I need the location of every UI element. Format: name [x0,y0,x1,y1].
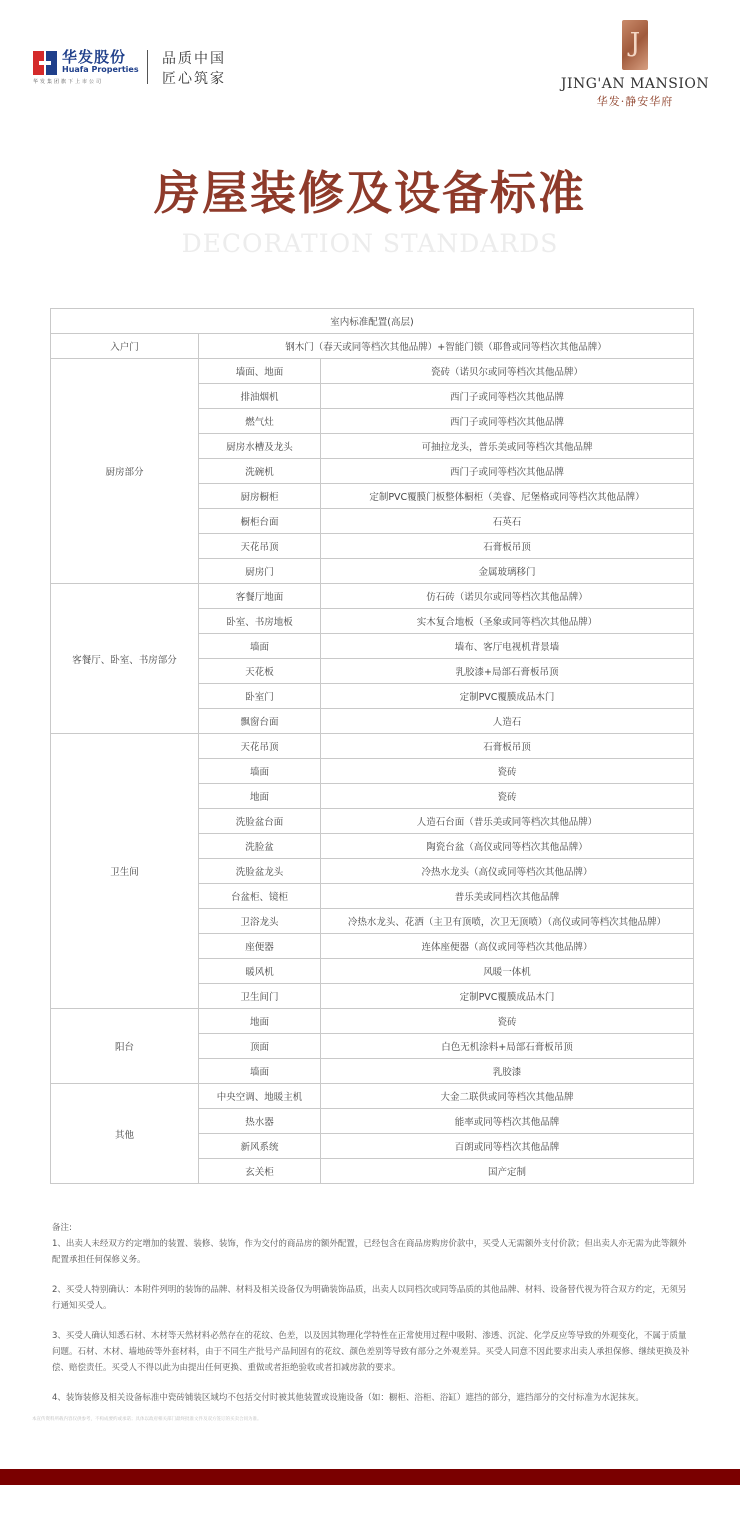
project-name-en: JING'AN MANSION [555,76,715,92]
spec-cell: 石膏板吊顶 [321,534,694,559]
item-cell: 飘窗台面 [199,709,321,734]
spec-cell: 定制PVC覆膜门板整体橱柜（美睿、尼堡格或同等档次其他品牌） [321,484,694,509]
decoration-standards-table: 室内标准配置(高层) 入户门 钢木门（春天或同等档次其他品牌）+智能门锁（耶鲁或… [50,308,694,1184]
item-cell: 新风系统 [199,1134,321,1159]
page-title: 房屋装修及设备标准 [0,163,740,223]
table-caption: 室内标准配置(高层) [51,309,694,334]
spec-cell: 定制PVC覆膜成品木门 [321,684,694,709]
category-cell: 客餐厅、卧室、书房部分 [51,584,199,734]
spec-cell: 钢木门（春天或同等档次其他品牌）+智能门锁（耶鲁或同等档次其他品牌） [199,334,694,359]
spec-cell: 西门子或同等档次其他品牌 [321,459,694,484]
item-cell: 卧室门 [199,684,321,709]
item-cell: 墙面 [199,1059,321,1084]
spec-cell: 风暖一体机 [321,959,694,984]
item-cell: 墙面 [199,759,321,784]
table-row-entry-door: 入户门 钢木门（春天或同等档次其他品牌）+智能门锁（耶鲁或同等档次其他品牌） [51,334,694,359]
item-cell: 天花吊顶 [199,534,321,559]
table-row: 其他中央空调、地暖主机大金二联供或同等档次其他品牌 [51,1084,694,1109]
spec-cell: 石英石 [321,509,694,534]
huafa-name-cn: 华发股份 [62,49,139,65]
item-cell: 墙面、地面 [199,359,321,384]
item-cell: 中央空调、地暖主机 [199,1084,321,1109]
spec-cell: 石膏板吊顶 [321,734,694,759]
spec-cell: 人造石 [321,709,694,734]
spec-cell: 冷热水龙头（高仪或同等档次其他品牌） [321,859,694,884]
category-cell: 其他 [51,1084,199,1184]
note-item: 2、买受人特别确认：本附件列明的装饰的品牌、材料及相关设备仅为明确装饰品质，出卖… [52,1282,692,1314]
item-cell: 卫生间门 [199,984,321,1009]
item-cell: 地面 [199,784,321,809]
spec-cell: 百朗或同等档次其他品牌 [321,1134,694,1159]
spec-cell: 乳胶漆+局部石膏板吊顶 [321,659,694,684]
spec-cell: 西门子或同等档次其他品牌 [321,384,694,409]
spec-cell: 陶瓷台盆（高仪或同等档次其他品牌） [321,834,694,859]
huafa-subtitle: 华发集团旗下上市公司 [33,78,103,85]
item-cell: 墙面 [199,634,321,659]
note-item: 1、出卖人未经双方约定增加的装置、装修、装饰，作为交付的商品房的额外配置，已经包… [52,1236,692,1268]
spec-cell: 墙布、客厅电视机背景墙 [321,634,694,659]
slogan-line-2: 匠心筑家 [162,69,226,89]
spec-cell: 金属玻璃移门 [321,559,694,584]
footer-bar [0,1469,740,1485]
notes-label: 备注: [52,1220,692,1236]
project-logo: J JING'AN MANSION 华发·静安华府 [555,20,715,109]
item-cell: 洗脸盆龙头 [199,859,321,884]
category-cell: 入户门 [51,334,199,359]
item-cell: 座便器 [199,934,321,959]
spec-cell: 西门子或同等档次其他品牌 [321,409,694,434]
project-name-cn: 华发·静安华府 [555,93,715,109]
spec-cell: 冷热水龙头、花洒（主卫有顶喷，次卫无顶喷）（高仪或同等档次其他品牌） [321,909,694,934]
note-item: 3、买受人确认知悉石材、木材等天然材料必然存在的花纹、色差，以及因其物理化学特性… [52,1328,692,1376]
item-cell: 暖风机 [199,959,321,984]
item-cell: 厨房水槽及龙头 [199,434,321,459]
category-cell: 卫生间 [51,734,199,1009]
item-cell: 洗碗机 [199,459,321,484]
page-header: 华发股份 Huafa Properties 华发集团旗下上市公司 品质中国 匠心… [0,0,740,120]
spec-cell: 瓷砖 [321,1009,694,1034]
item-cell: 洗脸盆台面 [199,809,321,834]
category-cell: 阳台 [51,1009,199,1084]
notes-section: 备注: 1、出卖人未经双方约定增加的装置、装修、装饰，作为交付的商品房的额外配置… [52,1220,692,1420]
category-cell: 厨房部分 [51,359,199,584]
item-cell: 燃气灶 [199,409,321,434]
spec-cell: 国产定制 [321,1159,694,1184]
item-cell: 卫浴龙头 [199,909,321,934]
huafa-logo: 华发股份 Huafa Properties [33,49,139,75]
page-subtitle: DECORATION STANDARDS [0,229,740,258]
spec-cell: 乳胶漆 [321,1059,694,1084]
item-cell: 卧室、书房地板 [199,609,321,634]
item-cell: 排油烟机 [199,384,321,409]
item-cell: 天花吊顶 [199,734,321,759]
spec-cell: 人造石台面（普乐美或同等档次其他品牌） [321,809,694,834]
spec-cell: 仿石砖（诺贝尔或同等档次其他品牌） [321,584,694,609]
item-cell: 玄关柜 [199,1159,321,1184]
table-row: 客餐厅、卧室、书房部分客餐厅地面仿石砖（诺贝尔或同等档次其他品牌） [51,584,694,609]
item-cell: 洗脸盆 [199,834,321,859]
note-item: 4、装饰装修及相关设备标准中瓷砖铺装区域均不包括交付时被其他装置或设施设备（如：… [52,1390,692,1406]
item-cell: 厨房门 [199,559,321,584]
logo-divider [147,50,148,84]
table-row: 厨房部分墙面、地面瓷砖（诺贝尔或同等档次其他品牌） [51,359,694,384]
fine-print: 本宣传资料所载内容仅供参考，不构成要约或承诺；具体以政府相关部门最终批准文件及双… [32,1416,708,1424]
slogan: 品质中国 匠心筑家 [162,49,226,89]
item-cell: 厨房橱柜 [199,484,321,509]
spec-cell: 实木复合地板（圣象或同等档次其他品牌） [321,609,694,634]
item-cell: 顶面 [199,1034,321,1059]
item-cell: 地面 [199,1009,321,1034]
item-cell: 台盆柜、镜柜 [199,884,321,909]
spec-cell: 定制PVC覆膜成品木门 [321,984,694,1009]
item-cell: 橱柜台面 [199,509,321,534]
table-caption-row: 室内标准配置(高层) [51,309,694,334]
table-row: 卫生间天花吊顶石膏板吊顶 [51,734,694,759]
spec-cell: 能率或同等档次其他品牌 [321,1109,694,1134]
item-cell: 热水器 [199,1109,321,1134]
spec-cell: 白色无机涂料+局部石膏板吊顶 [321,1034,694,1059]
spec-cell: 可抽拉龙头，普乐美或同等档次其他品牌 [321,434,694,459]
spec-cell: 大金二联供或同等档次其他品牌 [321,1084,694,1109]
huafa-logo-mark-icon [33,51,57,75]
project-badge-icon: J [622,20,648,70]
item-cell: 天花板 [199,659,321,684]
huafa-name-en: Huafa Properties [62,65,139,74]
spec-cell: 瓷砖 [321,759,694,784]
spec-cell: 瓷砖（诺贝尔或同等档次其他品牌） [321,359,694,384]
table-row: 阳台地面瓷砖 [51,1009,694,1034]
spec-cell: 连体座便器（高仪或同等档次其他品牌） [321,934,694,959]
spec-cell: 普乐美或同档次其他品牌 [321,884,694,909]
slogan-line-1: 品质中国 [162,49,226,69]
spec-cell: 瓷砖 [321,784,694,809]
item-cell: 客餐厅地面 [199,584,321,609]
